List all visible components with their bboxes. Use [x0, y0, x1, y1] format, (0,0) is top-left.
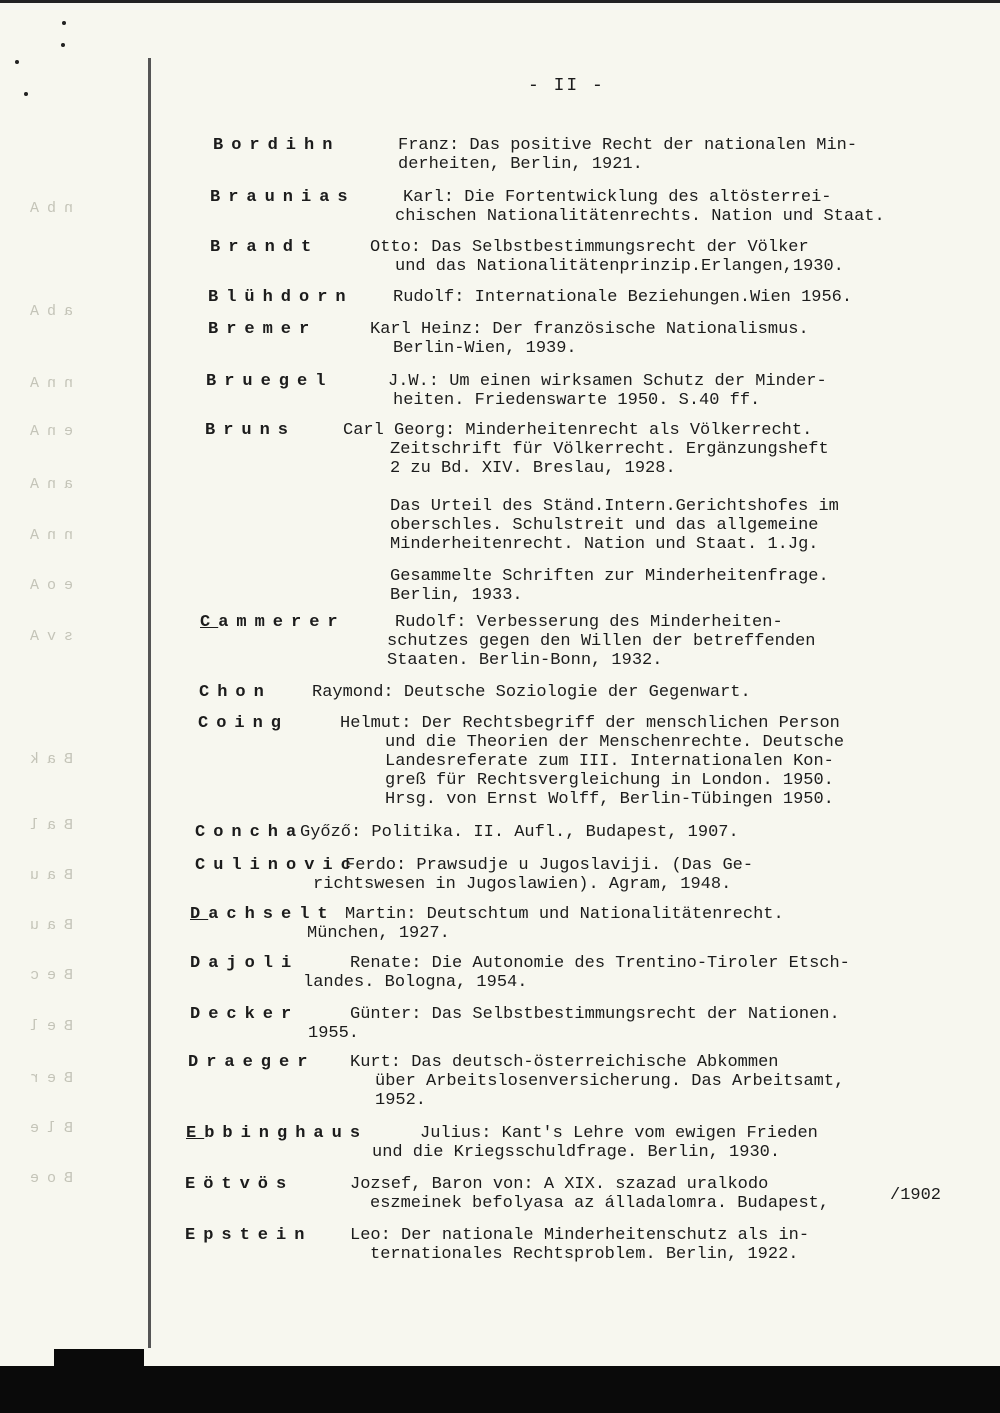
entry-continuation-line: Berlin, 1933.	[390, 586, 523, 605]
entry-continuation-line: richtswesen in Jugoslawien). Agram, 1948…	[313, 875, 731, 894]
author-surname: Decker	[190, 1005, 299, 1024]
entry-continuation-line: eszmeinek befolyasa az álladalomra. Buda…	[370, 1194, 829, 1213]
author-surname: Bruns	[205, 421, 296, 440]
entry-title-line: Rudolf: Internationale Beziehungen.Wien …	[393, 288, 852, 307]
entry-continuation-line: heiten. Friedenswarte 1950. S.40 ff.	[393, 391, 760, 410]
entry-title-line: Győző: Politika. II. Aufl., Budapest, 19…	[300, 823, 739, 842]
ghost-text: anA	[22, 476, 73, 493]
entry-title-line: Karl Heinz: Der französische Nationalism…	[370, 320, 809, 339]
author-surname: Dajoli	[190, 954, 299, 973]
entry-title-line: Jozsef, Baron von: A XIX. szazad uralkod…	[350, 1175, 768, 1194]
entry-title-line: Günter: Das Selbstbestimmungsrecht der N…	[350, 1005, 840, 1024]
entry-title-line: Leo: Der nationale Minderheitenschutz al…	[350, 1226, 809, 1245]
ghost-text: Bec	[22, 967, 73, 984]
author-surname: Blühdorn	[208, 288, 354, 307]
ghost-text: Bal	[22, 817, 73, 834]
author-surname: Bordihn	[213, 136, 340, 155]
entry-title-line: Gesammelte Schriften zur Minderheitenfra…	[390, 567, 829, 586]
ghost-text: abA	[22, 303, 73, 320]
ghost-text: Ber	[22, 1070, 73, 1087]
entry-continuation-line: greß für Rechtsvergleichung in London. 1…	[385, 771, 834, 790]
entry-continuation-line: München, 1927.	[307, 924, 450, 943]
entry-continuation-line: Minderheitenrecht. Nation und Staat. 1.J…	[390, 535, 818, 554]
author-surname: Chon	[199, 683, 272, 702]
side-note: /1902	[890, 1186, 941, 1205]
entry-continuation-line: Zeitschrift für Völkerrecht. Ergänzungsh…	[390, 440, 829, 459]
entry-continuation-line: und die Theorien der Menschenrechte. Deu…	[385, 733, 844, 752]
entry-title-line: Rudolf: Verbesserung des Minderheiten-	[395, 613, 783, 632]
entry-title-line: Martin: Deutschtum und Nationalitätenrec…	[345, 905, 784, 924]
author-surname: Ebbinghaus	[186, 1124, 368, 1143]
author-surname: Eötvös	[185, 1175, 294, 1194]
ghost-text: nbA	[22, 200, 73, 217]
ghost-text: eoA	[22, 577, 73, 594]
entry-title-line: Ferdo: Prawsudje u Jugoslaviji. (Das Ge-	[345, 856, 753, 875]
margin-rule	[148, 58, 151, 1348]
ghost-text: nnA	[22, 375, 73, 392]
entry-title-line: Renate: Die Autonomie des Trentino-Tirol…	[350, 954, 850, 973]
section-letter: E	[186, 1124, 204, 1143]
entry-continuation-line: chischen Nationalitätenrechts. Nation un…	[395, 207, 885, 226]
ghost-text: Bel	[22, 1018, 73, 1035]
author-surname: Culinovic	[195, 856, 359, 875]
ghost-text: enA	[22, 423, 73, 440]
entry-continuation-line: oberschles. Schulstreit und das allgemei…	[390, 516, 818, 535]
entry-continuation-line: Staaten. Berlin-Bonn, 1932.	[387, 651, 662, 670]
author-surname: Dachselt	[190, 905, 336, 924]
entry-continuation-line: landes. Bologna, 1954.	[303, 973, 527, 992]
author-surname: Bremer	[208, 320, 317, 339]
entry-continuation-line: 1955.	[308, 1024, 359, 1043]
entry-continuation-line: schutzes gegen den Willen der betreffend…	[387, 632, 815, 651]
entry-title-line: J.W.: Um einen wirksamen Schutz der Mind…	[388, 372, 827, 391]
scan-bottom-edge	[0, 1366, 1000, 1413]
ghost-text: svA	[22, 628, 73, 645]
entry-title-line: Helmut: Der Rechtsbegriff der menschlich…	[340, 714, 840, 733]
ghost-text: Ble	[22, 1120, 73, 1137]
entry-continuation-line: Berlin-Wien, 1939.	[393, 339, 577, 358]
author-surname: Bruegel	[206, 372, 333, 391]
section-letter: C	[200, 613, 218, 632]
author-surname: Draeger	[188, 1053, 315, 1072]
ghost-text: Bau	[22, 867, 73, 884]
entry-continuation-line: und das Nationalitätenprinzip.Erlangen,1…	[395, 257, 844, 276]
entry-continuation-line: derheiten, Berlin, 1921.	[398, 155, 643, 174]
entry-title-line: Otto: Das Selbstbestimmungsrecht der Völ…	[370, 238, 809, 257]
entry-continuation-line: Hrsg. von Ernst Wolff, Berlin-Tübingen 1…	[385, 790, 834, 809]
entry-continuation-line: ternationales Rechtsproblem. Berlin, 192…	[370, 1245, 798, 1264]
ghost-text: nnA	[22, 527, 73, 544]
entry-title-line: Franz: Das positive Recht der nationalen…	[398, 136, 857, 155]
entry-title-line: Das Urteil des Ständ.Intern.Gerichtshofe…	[390, 497, 839, 516]
ghost-text: Boe	[22, 1170, 73, 1187]
ghost-text: Bak	[22, 751, 73, 768]
entry-continuation-line: 1952.	[375, 1091, 426, 1110]
entry-continuation-line: 2 zu Bd. XIV. Breslau, 1928.	[390, 459, 676, 478]
author-surname: Cammerer	[200, 613, 346, 632]
entry-title-line: Carl Georg: Minderheitenrecht als Völker…	[343, 421, 812, 440]
entry-continuation-line: über Arbeitslosenversicherung. Das Arbei…	[375, 1072, 844, 1091]
scan-bottom-edge	[54, 1349, 144, 1367]
section-letter: D	[190, 905, 208, 924]
entry-continuation-line: Landesreferate zum III. Internationalen …	[385, 752, 834, 771]
ghost-text: Bau	[22, 917, 73, 934]
author-surname: Brandt	[210, 238, 319, 257]
scan-top-edge	[0, 0, 1000, 3]
author-surname: Concha	[195, 823, 304, 842]
entry-title-line: Julius: Kant's Lehre vom ewigen Frieden	[420, 1124, 818, 1143]
entry-title-line: Karl: Die Fortentwicklung des altösterre…	[403, 188, 831, 207]
author-surname: Coing	[198, 714, 289, 733]
entry-title-line: Raymond: Deutsche Soziologie der Gegenwa…	[312, 683, 751, 702]
bleed-through-margin: nbA abA nnA enA anA nnA eoA svA Bak Bal …	[0, 0, 145, 1340]
entry-title-line: Kurt: Das deutsch-österreichische Abkomm…	[350, 1053, 778, 1072]
page-number: - II -	[528, 76, 605, 96]
author-surname: Braunias	[210, 188, 356, 207]
author-surname: Epstein	[185, 1226, 312, 1245]
entry-continuation-line: und die Kriegsschuldfrage. Berlin, 1930.	[372, 1143, 780, 1162]
